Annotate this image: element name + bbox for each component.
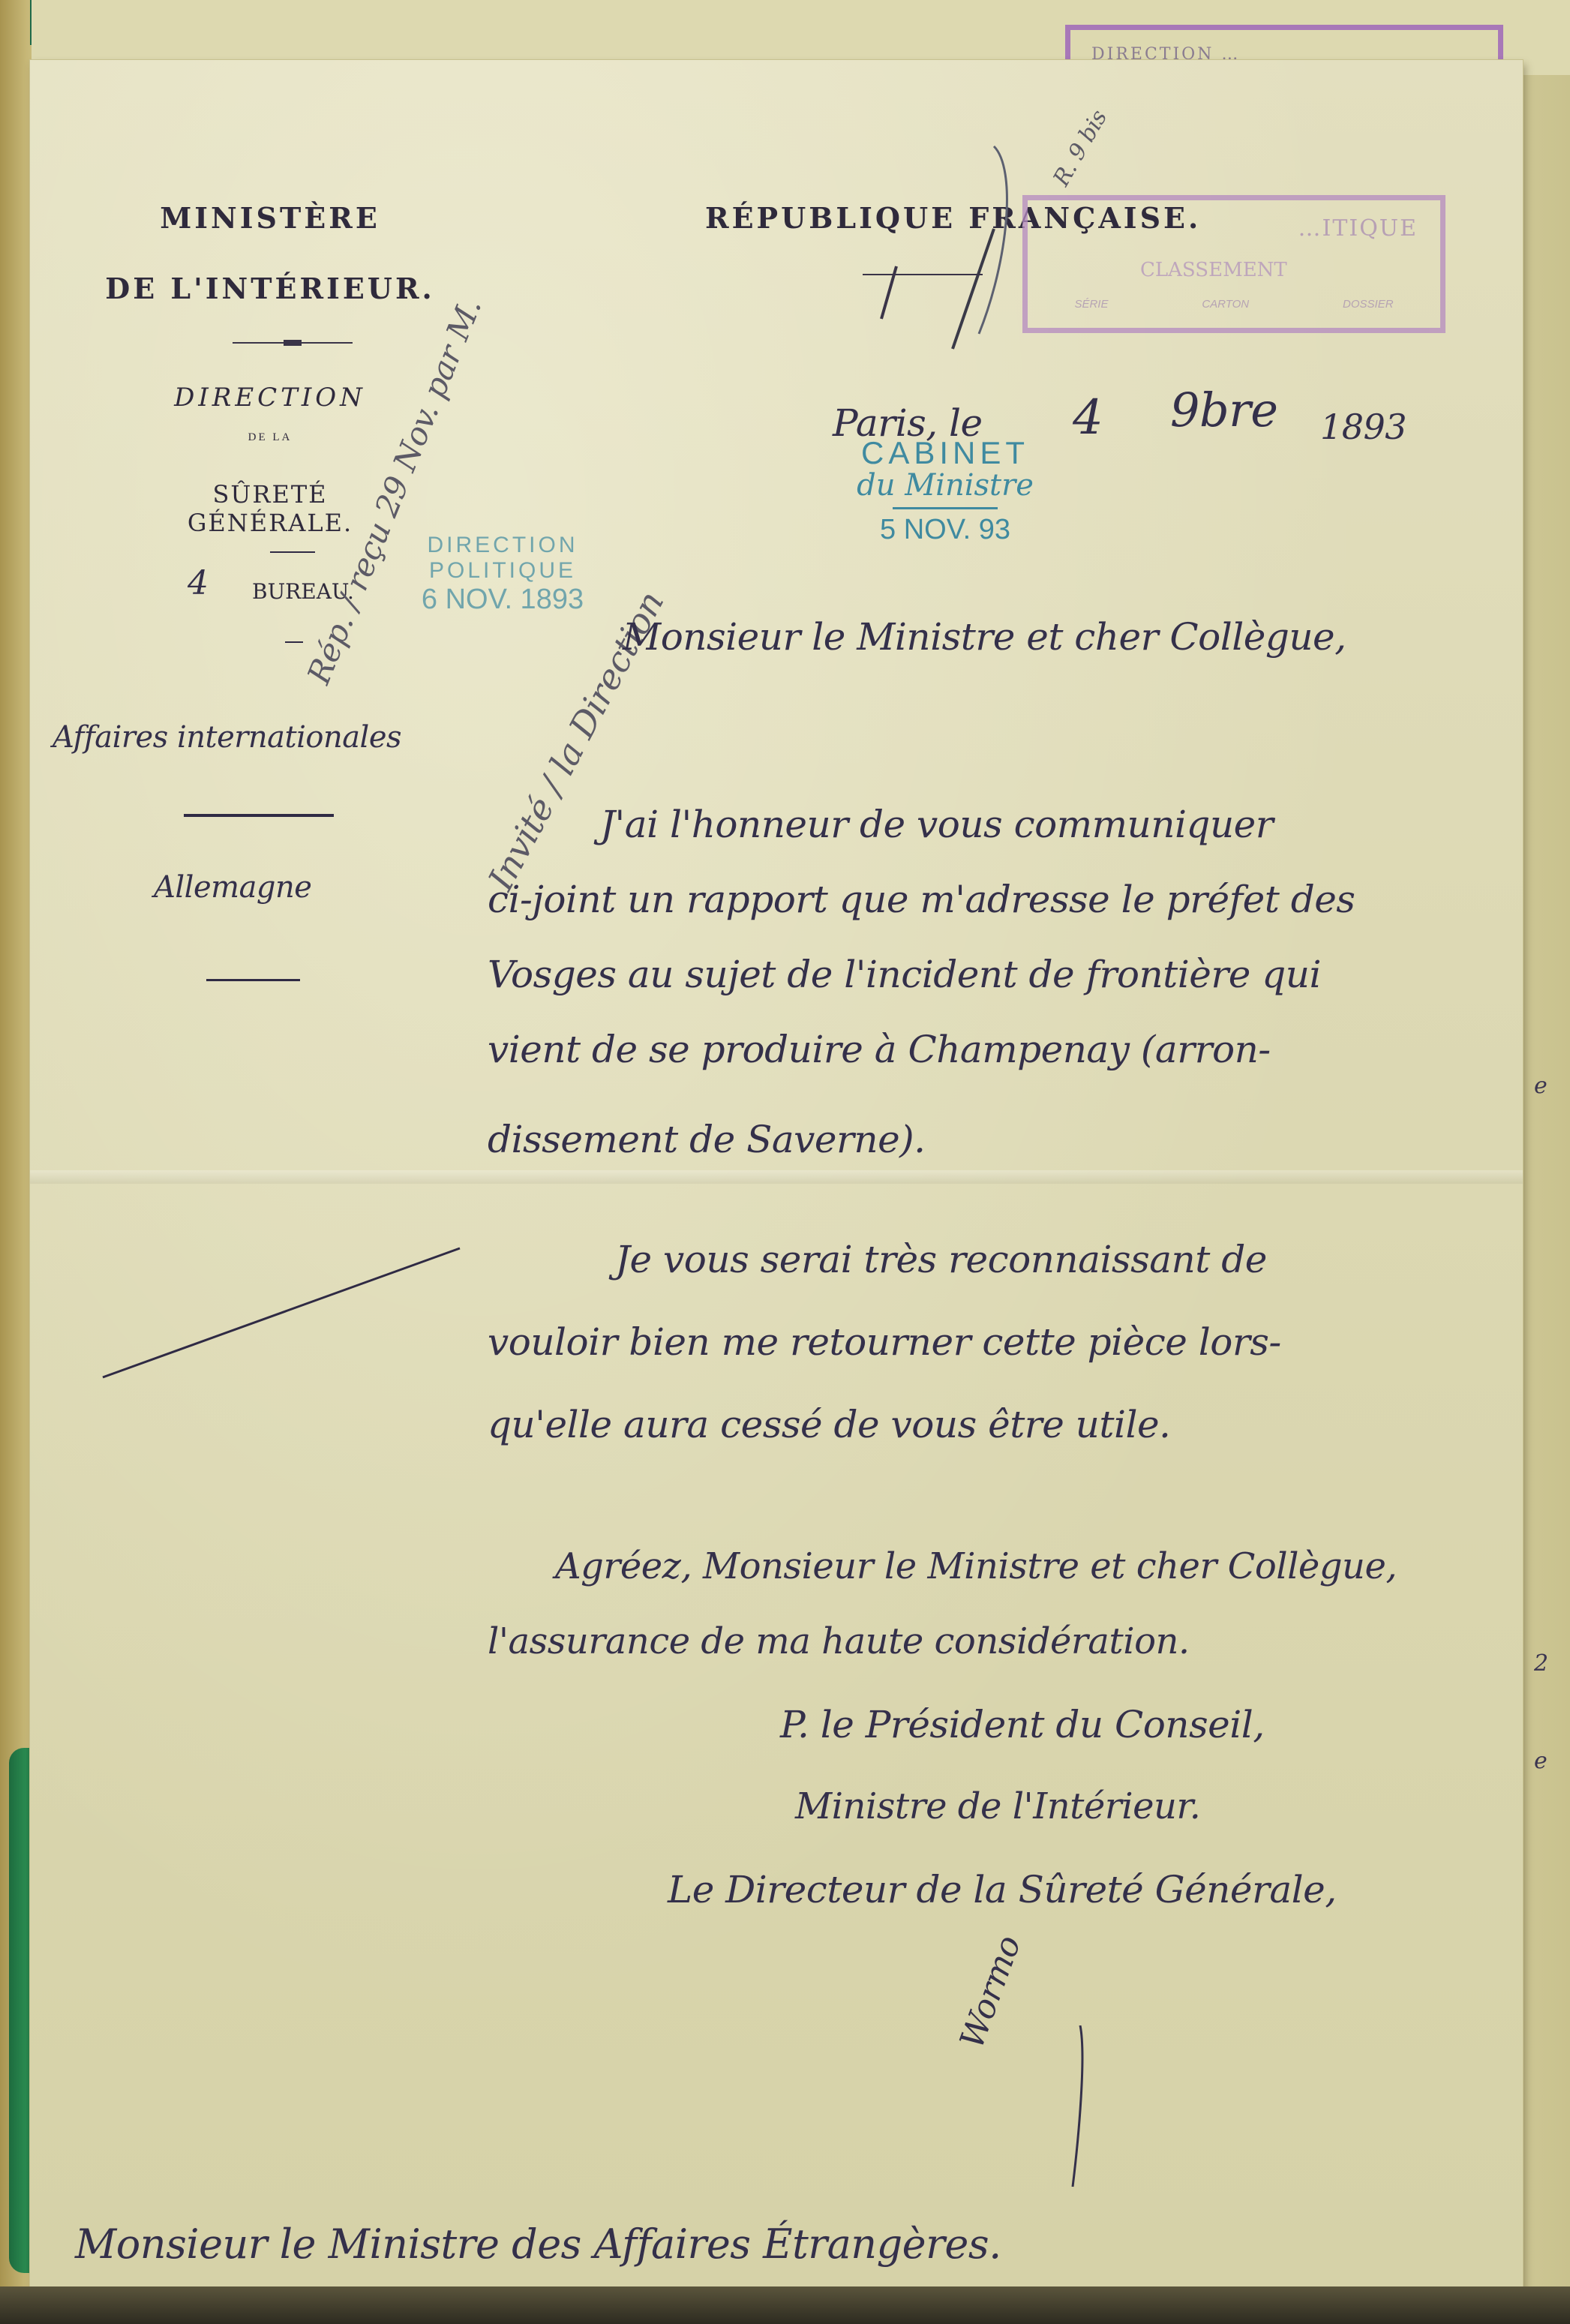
signature-title: P. le Président du Conseil, bbox=[780, 1703, 1265, 1746]
signature-flourish-icon bbox=[1065, 2025, 1088, 2190]
date-day: 4 bbox=[1073, 390, 1103, 446]
signature: Wormo bbox=[953, 1931, 1028, 2054]
ornament-rule-icon bbox=[863, 270, 983, 279]
ministry-line-2: DE L'INTÉRIEUR. bbox=[105, 272, 435, 305]
ornament-rule-icon bbox=[233, 338, 353, 348]
divider bbox=[270, 551, 315, 553]
classement-stamp: …ITIQUE CLASSEMENT SÉRIE CARTON DOSSIER bbox=[1022, 195, 1445, 333]
body-line: Je vous serai très reconnaissant de bbox=[615, 1238, 1267, 1281]
politique-stamp-line2: POLITIQUE bbox=[390, 558, 615, 584]
divider bbox=[184, 814, 334, 817]
underlying-stamp-frame: DIRECTION … bbox=[1065, 25, 1503, 60]
paper-fold bbox=[30, 1170, 1523, 1184]
classement-field-carton: CARTON bbox=[1202, 298, 1249, 311]
classement-stamp-header: …ITIQUE bbox=[1298, 215, 1418, 242]
classement-field-serie: SÉRIE bbox=[1074, 298, 1108, 311]
diagonal-strike-line bbox=[101, 1245, 461, 1380]
cabinet-stamp-line2: du Ministre bbox=[825, 468, 1065, 503]
body-line: qu'elle aura cessé de vous être utile. bbox=[488, 1403, 1170, 1446]
politique-stamp-date: 6 NOV. 1893 bbox=[390, 584, 615, 616]
body-line: vient de se produire à Champenay (arron- bbox=[488, 1028, 1271, 1071]
direction-politique-stamp: DIRECTION POLITIQUE 6 NOV. 1893 bbox=[390, 533, 615, 616]
stamp-rule bbox=[893, 507, 998, 509]
cabinet-stamp-date: 5 NOV. 93 bbox=[825, 514, 1065, 546]
salutation: Monsieur le Ministre et cher Collègue, bbox=[623, 615, 1346, 659]
cabinet-stamp: CABINET du Ministre 5 NOV. 93 bbox=[825, 435, 1065, 546]
country-note: Allemagne bbox=[154, 870, 311, 905]
signature-title: Le Directeur de la Sûreté Générale, bbox=[668, 1868, 1337, 1911]
edge-mark: e bbox=[1534, 1748, 1564, 1774]
body-line: Vosges au sujet de l'incident de frontiè… bbox=[488, 953, 1321, 996]
classement-stamp-title: CLASSEMENT bbox=[1140, 259, 1287, 281]
affaires-internationales-note: Affaires internationales bbox=[53, 720, 401, 755]
closing-line: Agréez, Monsieur le Ministre et cher Col… bbox=[555, 1545, 1397, 1587]
de-la-label: DE LA bbox=[210, 431, 330, 444]
letter-sheet: MINISTÈRE DE L'INTÉRIEUR. DIRECTION DE L… bbox=[30, 60, 1523, 2292]
closing-line: l'assurance de ma haute considération. bbox=[488, 1620, 1190, 1662]
date-month: 9bre bbox=[1170, 383, 1277, 437]
ministry-line-1: MINISTÈRE bbox=[150, 201, 390, 235]
date-year: 1893 bbox=[1320, 407, 1406, 447]
body-line: ci-joint un rapport que m'adresse le pré… bbox=[488, 878, 1355, 921]
body-line: J'ai l'honneur de vous communiquer bbox=[600, 803, 1273, 846]
cabinet-stamp-line1: CABINET bbox=[825, 435, 1065, 471]
body-line: vouloir bien me retourner cette pièce lo… bbox=[488, 1320, 1281, 1364]
bureau-number: 4 bbox=[188, 564, 209, 602]
divider bbox=[285, 641, 303, 643]
edge-mark: e bbox=[1534, 1073, 1564, 1099]
addressee: Monsieur le Ministre des Affaires Étrang… bbox=[75, 2220, 1001, 2268]
edge-mark: 2 bbox=[1534, 1650, 1564, 1677]
classement-field-dossier: DOSSIER bbox=[1343, 298, 1394, 311]
body-line: dissement de Saverne). bbox=[488, 1118, 926, 1161]
divider bbox=[206, 979, 300, 981]
bottom-shadow bbox=[0, 2286, 1570, 2324]
signature-title: Ministre de l'Intérieur. bbox=[795, 1785, 1200, 1827]
direction-label: DIRECTION bbox=[150, 383, 390, 413]
politique-stamp-line1: DIRECTION bbox=[390, 533, 615, 558]
